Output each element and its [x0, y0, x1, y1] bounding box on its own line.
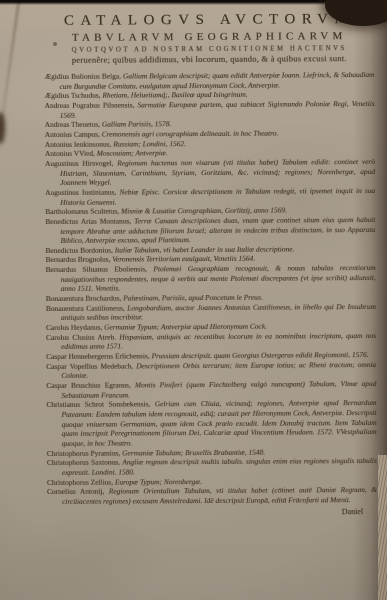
author-name: Antonius Ienkinsonus, — [45, 139, 112, 148]
entry-description: Regionum Orientalium Tabulam, vti titulu… — [62, 485, 377, 506]
author-name: Caspar Hennebergerus Erlichensis, — [46, 351, 150, 361]
book-page-photo: CATALOGVS AVCTORVM TABVLARVM GEOGRAPHICA… — [0, 0, 387, 600]
author-name: Andreas Theuetus, — [45, 120, 100, 129]
page-content: CATALOGVS AVCTORVM TABVLARVM GEOGRAPHICA… — [44, 11, 377, 518]
author-name: Benedictus Bordonius, — [45, 245, 112, 254]
author-name: Ægidius Tschudus, — [44, 91, 100, 100]
author-name: Christophorus Zellius, — [47, 477, 113, 486]
author-name: Augustinus Iustinianus, — [45, 187, 116, 196]
catalog-entry: Christophorus Saxtonus, Angliæ regnum de… — [47, 456, 377, 477]
entry-description: Italiæ Tabulam, vti habet Leander in sua… — [115, 244, 295, 254]
catalog-entry: Augustinus Hirsvogel, Regionum hactenus … — [45, 157, 375, 188]
author-name: Antonius VVied, — [45, 149, 95, 158]
catchword: Daniel — [47, 507, 363, 518]
catalog-entry: Caspar Bruschius Egranus, Montis Pinifer… — [46, 379, 376, 400]
page-title-line3: QVOTQVOT AD NOSTRAM COGNITIONEM HACTENVS — [44, 45, 374, 54]
author-name: Bernardus Brognolus, — [45, 255, 110, 264]
author-name: Ægidius Bulionius Belga, — [44, 72, 121, 81]
author-name: Christianus Schrot Sonsbekensis, — [46, 400, 150, 410]
author-name: Christophorus Pyramius, — [47, 448, 121, 457]
author-name: Bernardus Siluanus Eboliensis, — [46, 265, 147, 275]
author-name: Caspar Bruschius Egranus, — [46, 380, 131, 390]
paper-crease — [0, 0, 21, 168]
page-title-line4: peruenêre; quibus addidimus, vbi locorum… — [44, 54, 374, 65]
catalog-entry: Cornelius Antonij, Regionum Orientalium … — [47, 485, 377, 506]
catalog-entry: Christianus Schrot Sonsbekensis, Gelriam… — [46, 398, 376, 448]
catalog-entry: Carolus Clusius Atreb. Hispaniam, antiqu… — [46, 331, 376, 352]
entry-description: Europæ Typum; Norenbergæ. — [115, 477, 202, 487]
catalog-entry: Bonauentura Castilioneus, Longobardiam, … — [46, 302, 376, 323]
author-name: Antonius Campus, — [45, 130, 100, 139]
catalog-entry: Bernardus Siluanus Eboliensis, Ptolemæi … — [46, 263, 376, 294]
entry-description: Russiam; Londini, 1562. — [113, 139, 186, 148]
entry-description: Germaniæ Tabulam; Bruxellis Brabantiæ, 1… — [122, 447, 265, 457]
author-name: Carolus Clusius Atreb. — [46, 332, 116, 341]
author-name: Augustinus Hirsvogel, — [45, 158, 113, 167]
author-name: Caspar Vopellius Medebach, — [46, 361, 133, 371]
author-name: Bartholomæus Scultetus, — [45, 207, 119, 216]
entry-description: Prussiam descripsit. quam Georgius Oster… — [151, 350, 368, 360]
entry-description: Palæstinam, Parisiis, apud Poncetum le P… — [123, 293, 263, 303]
author-name: Christophorus Saxtonus, — [47, 458, 120, 467]
entry-description: Moscouiam; Antverpiæ. — [97, 149, 168, 158]
author-name: Bonauentura Castilioneus, — [46, 303, 125, 312]
catalog-entry-list: Ægidius Bulionius Belga, Galliam Belgica… — [44, 70, 377, 507]
entry-description: Galliam Parisiis, 1578. — [102, 120, 171, 129]
entry-description: Veronensis Territorium euulgauit, Veneti… — [112, 254, 255, 264]
book-fore-edge — [378, 455, 387, 600]
entry-description: Germaniæ Typum; Antverpiæ apud Hieronymu… — [104, 322, 267, 332]
catalog-entry: Caspar Vopellius Medebach, Descriptionem… — [46, 360, 376, 381]
page-edge-blemish — [0, 112, 5, 144]
page-title-line2: TABVLARVM GEOGRAPHICARVM — [44, 30, 374, 44]
catalog-entry: Andreas Pograbus Pilsnensis, Sarmatiæ Eu… — [45, 99, 375, 120]
author-name: Cornelius Antonij, — [47, 487, 104, 496]
page-title-line1: CATALOGVS AVCTORVM — [44, 11, 374, 30]
entry-description: Cremonensis agri corographiam delineauit… — [102, 129, 279, 139]
entry-description: Rhetiam, Heluetiamq́;, Basileæ apud Isin… — [102, 90, 247, 100]
catalog-entry: Augustinus Iustinianus, Nebiæ Episc. Cor… — [45, 186, 375, 207]
entry-description: Misniæ & Lusatiæ Corographiam, Gorlitzij… — [121, 206, 287, 216]
author-name: Andreas Pograbus Pilsnensis, — [45, 100, 135, 110]
catalog-entry: Ægidius Bulionius Belga, Galliam Belgica… — [44, 70, 374, 91]
author-name: Carolus Heydanus, — [46, 323, 102, 332]
author-name: Benedictus Arias Montanus, — [45, 216, 131, 226]
author-name: Bonauentura Brochardus, — [46, 294, 122, 303]
catalog-entry: Benedictus Arias Montanus, Terræ Canaan … — [45, 215, 375, 246]
